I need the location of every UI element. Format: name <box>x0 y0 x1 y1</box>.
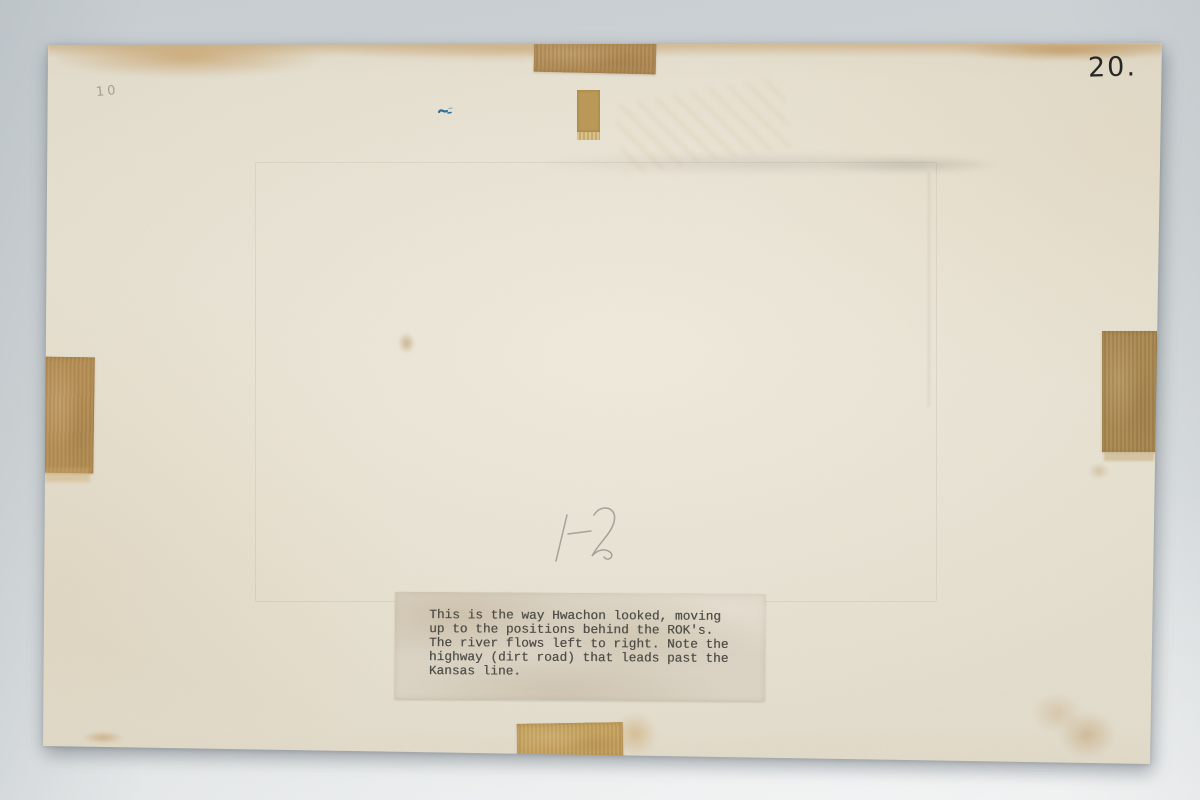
tape-piece-right <box>1102 331 1157 452</box>
faint-tan-streaks <box>613 76 793 176</box>
pencil-mark-top-left: 10 <box>95 83 119 100</box>
caption-line: Kansas line. <box>429 664 765 680</box>
top-center-stain-blob <box>300 44 720 70</box>
photo-back-scan: 20. 10 This is the way Hwachon looked, m… <box>0 0 1200 800</box>
typed-caption-label: This is the way Hwachon looked, moving u… <box>395 592 766 701</box>
pencil-smudge-band <box>548 152 983 175</box>
tape-piece-small-stamp <box>577 90 600 132</box>
handwritten-page-number: 20. <box>1088 53 1138 81</box>
tape-right-fringe <box>1104 452 1154 461</box>
tape-stamp-fringe <box>577 132 600 140</box>
tape-piece-left <box>42 357 95 474</box>
blue-ink-mark <box>436 104 456 118</box>
paper-sheet: 20. 10 This is the way Hwachon looked, m… <box>0 0 1200 800</box>
ghost-vertical-line <box>928 172 930 407</box>
right-tape-drip-stain <box>1085 460 1113 482</box>
pencil-mark-center <box>535 497 630 575</box>
bottom-left-edge-stain <box>76 730 130 745</box>
pencil-smudge-band-right <box>820 156 1005 174</box>
tape-piece-bottom <box>517 722 624 758</box>
bottom-right-smudge <box>1022 688 1122 760</box>
small-tan-spot <box>395 329 418 357</box>
top-left-stain-blob <box>58 44 363 88</box>
tape-piece-top <box>534 40 657 75</box>
